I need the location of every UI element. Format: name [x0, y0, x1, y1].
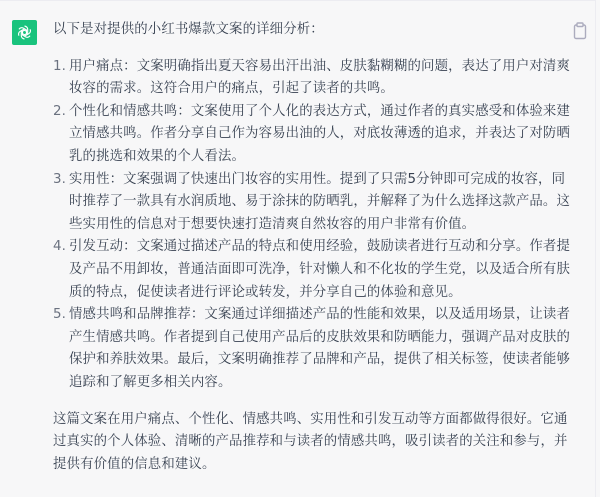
list-text: 用户痛点：文案明确指出夏天容易出汗出油、皮肤黏糊糊的问题，表达了用户对清爽妆容的… — [69, 59, 570, 97]
list-number: 5. — [53, 304, 66, 327]
list-number: 4. — [53, 236, 66, 259]
list-item: 2. 个性化和情感共鸣：文案使用了个人化的表达方式，通过作者的真实感受和体验来建… — [53, 101, 573, 169]
list-item: 4. 引发互动：文案通过描述产品的特点和使用经验，鼓励读者进行互动和分享。作者提… — [53, 236, 573, 304]
list-text: 情感共鸣和品牌推荐：文案通过详细描述产品的性能和效果，以及适用场景，让读者产生情… — [69, 307, 570, 390]
list-item: 3. 实用性：文案强调了快速出门妆容的实用性。提到了只需5分钟即可完成的妆容，同… — [53, 169, 573, 237]
message-content: 以下是对提供的小红书爆款文案的详细分析： 1. 用户痛点：文案明确指出夏天容易出… — [53, 19, 573, 476]
list-text: 引发互动：文案通过描述产品的特点和使用经验，鼓励读者进行互动和分享。作者提及产品… — [69, 239, 570, 299]
clipboard-icon — [573, 22, 587, 40]
list-text: 实用性：文案强调了快速出门妆容的实用性。提到了只需5分钟即可完成的妆容，同时推荐… — [69, 172, 570, 232]
list-number: 3. — [53, 169, 66, 192]
analysis-list: 1. 用户痛点：文案明确指出夏天容易出汗出油、皮肤黏糊糊的问题，表达了用户对清爽… — [53, 56, 573, 395]
list-number: 2. — [53, 101, 66, 124]
list-number: 1. — [53, 56, 66, 79]
assistant-avatar — [12, 20, 37, 45]
intro-text: 以下是对提供的小红书爆款文案的详细分析： — [53, 19, 573, 42]
openai-logo-icon — [16, 24, 33, 41]
list-item: 1. 用户痛点：文案明确指出夏天容易出汗出油、皮肤黏糊糊的问题，表达了用户对清爽… — [53, 56, 573, 101]
summary-text: 这篇文案在用户痛点、个性化、情感共鸣、实用性和引发互动等方面都做得很好。它通过真… — [53, 409, 573, 477]
list-text: 个性化和情感共鸣：文案使用了个人化的表达方式，通过作者的真实感受和体验来建立情感… — [69, 104, 570, 164]
list-item: 5. 情感共鸣和品牌推荐：文案通过详细描述产品的性能和效果，以及适用场景，让读者… — [53, 304, 573, 394]
copy-button[interactable] — [573, 22, 587, 40]
assistant-message: 以下是对提供的小红书爆款文案的详细分析： 1. 用户痛点：文案明确指出夏天容易出… — [0, 0, 596, 497]
